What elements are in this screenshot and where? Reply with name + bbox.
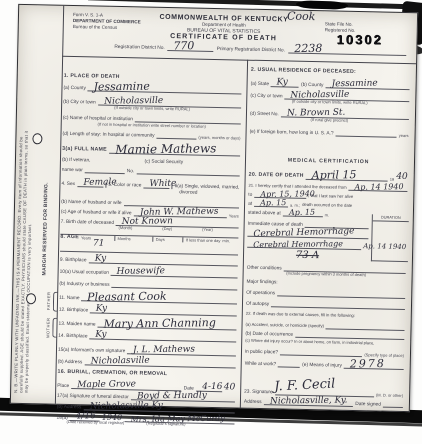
- margin-nb-note: N. B.—WRITE PLAINLY WITH UNFADING INK.—T…: [13, 125, 43, 393]
- duration-label: DURATION: [373, 214, 409, 222]
- means-of-injury-label: (e) Means of injury: [302, 363, 342, 369]
- veteran-label: (b) If veteran,: [62, 158, 91, 164]
- age-min-label: min.: [222, 238, 230, 243]
- corner-handwriting: Cook: [287, 10, 316, 22]
- informant-address-label: (b) Address: [58, 359, 83, 365]
- cause-value-1: Cerebral Hemorrhage: [253, 227, 354, 239]
- operations-label: Of operations: [246, 290, 275, 296]
- certificate-paper: MARGIN RESERVED FOR BINDING. N. B.—WRITE…: [10, 4, 418, 412]
- residence-state-value: Ky: [277, 78, 288, 87]
- stated-above-label: stated above at: [248, 210, 281, 216]
- occupation-label: 10(a) Usual occupation: [60, 270, 109, 276]
- spouse-years-label: Years: [229, 213, 239, 218]
- full-name-label: 3(a) FULL NAME: [62, 147, 107, 154]
- scanned-death-certificate: MARGIN RESERVED FOR BINDING. N. B.—WRITE…: [0, 0, 422, 444]
- sex-value: Female: [83, 178, 116, 187]
- age-label: 8. AGE: [60, 235, 79, 241]
- registered-number-stamp: 10302: [337, 32, 383, 47]
- mother-name-label: 13. Maiden name: [58, 322, 95, 328]
- left-column: 1. PLACE OF DEATH (a) County Jessamine (…: [57, 56, 244, 406]
- foreign-born-label: (e) If foreign born, how long in U. S. A…: [250, 129, 334, 136]
- primary-district-value: 2238: [294, 43, 322, 54]
- accident-label: (a) Accident, suicide, or homicide (spec…: [246, 323, 325, 329]
- medical-certification-heading: MEDICAL CERTIFICATION: [288, 159, 370, 166]
- age-less-label: If less than one day: [183, 237, 221, 243]
- while-at-work-label: While at work?: [245, 361, 277, 367]
- hospital-note: (If not in hospital or institution write…: [98, 122, 206, 129]
- primary-district-label: Primary Registration District No.: [217, 47, 285, 54]
- occurrence-date-label: (b) Date of occurrence: [245, 331, 293, 337]
- father-name-label: 11. Name: [59, 296, 80, 302]
- burial-date-year: 40: [224, 383, 236, 392]
- burial-heading: 16. BURIAL, CREMATION, OR REMOVAL: [57, 370, 167, 378]
- cause-value-2: Cerebral Hemorrhage: [253, 240, 343, 249]
- month-label: (Month): [119, 225, 133, 230]
- major-findings-label: Major findings:: [246, 280, 277, 286]
- father-birthplace-value: Ky: [96, 305, 107, 314]
- mother-name-value: Mary Ann Channing: [104, 317, 216, 330]
- industry-label: (b) Industry or business: [59, 282, 109, 288]
- residence-city-note: (If outside city or town limits, write R…: [292, 99, 368, 106]
- margin-binding-note: MARGIN RESERVED FOR BINDING.: [42, 65, 53, 275]
- birthplace-value: Ky: [95, 255, 106, 264]
- father-birthplace-label: 12. Birthplace: [59, 308, 88, 314]
- residence-county-label: (b) County: [301, 83, 324, 89]
- county-label: (a) County: [63, 86, 86, 92]
- birthplace-label: 9. Birthplace: [60, 258, 87, 264]
- social-security-label-2: No.: [127, 169, 135, 174]
- signature-note: (M. D. or other): [376, 392, 403, 398]
- mother-side-label: MOTHER: [45, 317, 50, 337]
- mother-birthplace-value: Ky: [96, 331, 107, 340]
- day-label: (Day): [162, 226, 172, 231]
- residence-state-label: (a) State: [251, 81, 270, 87]
- date-of-death-year: 40: [396, 173, 408, 182]
- date-signed-label: Date signed: [355, 402, 381, 408]
- other-conditions-note: (Include pregnancy within 3 months of de…: [286, 271, 366, 278]
- physician-address-value: Nicholasville, Ky.: [270, 396, 348, 406]
- injury-where-label: (c) Where did injury occur? In or about …: [245, 339, 374, 346]
- year-19-prefix: 19: [390, 177, 395, 182]
- means-of-injury-value: 2978: [350, 358, 386, 370]
- certify-to-label: to: [248, 192, 252, 197]
- certify-at-label: at: [248, 201, 252, 206]
- right-column: 2. USUAL RESIDENCE OF DECEASED: (a) Stat…: [244, 60, 412, 409]
- cause-code-value: 73 A: [296, 251, 319, 261]
- father-name-value: Pleasant Cook: [88, 291, 168, 303]
- mother-birthplace-label: 14. Birthplace: [58, 334, 87, 340]
- physician-address-label: Address: [244, 399, 262, 405]
- father-brace-icon: [53, 292, 58, 312]
- father-side-label: FATHER: [46, 292, 51, 311]
- director-address-value: Nicholasville Ky: [89, 402, 162, 412]
- duration-box: DURATION: [371, 214, 409, 262]
- marital-label-2: divorced: [179, 190, 197, 196]
- spouse-name-label: (b) Name of husband or wife: [61, 200, 122, 207]
- signature-label: 23. Signature: [244, 389, 273, 395]
- age-days-label: Days: [153, 237, 165, 242]
- informant-value: J. L. Mathews: [133, 346, 195, 356]
- county-value: Jessamine: [94, 81, 150, 93]
- date-of-death-value: April 15: [312, 169, 357, 181]
- last-saw-value: Ap. 15: [260, 199, 286, 207]
- autopsy-label: Of autopsy: [246, 301, 269, 307]
- reg-district-label: Registration District No.: [114, 45, 164, 51]
- full-name-value: Mamie Mathews: [115, 142, 216, 155]
- occupation-value: Housewife: [117, 267, 165, 277]
- mother-brace-icon: [52, 318, 57, 338]
- scan-artifact-top-blob: [296, 0, 348, 10]
- director-address-label: (b) Address: [57, 404, 82, 410]
- external-causes-heading: 22. If death was due to external causes,…: [246, 312, 355, 319]
- registrar-note: (Registrar's signature): [146, 421, 185, 427]
- length-of-stay-note: (years, months or days): [198, 135, 240, 141]
- burial-place-label: Place: [57, 383, 69, 389]
- informant-address-value: Nicholasville: [90, 357, 149, 367]
- received-note: (Date received by local registrar): [66, 419, 124, 425]
- immediate-cause-label: Immediate cause of death: [248, 221, 303, 227]
- residence-county-value: Jessamine: [331, 80, 377, 90]
- year-label: (Year): [202, 227, 213, 232]
- sex-label: 4. Sex: [61, 182, 75, 188]
- informant-label: 15(a) Informant's own signature: [58, 347, 125, 354]
- color-value: White: [149, 180, 176, 189]
- cause-duration-value: Ap. 14 1940: [363, 243, 406, 251]
- city-note: (If outside city or town limits, write R…: [114, 105, 190, 112]
- reg-district-value: 770: [174, 40, 195, 51]
- age-years-value: 71: [93, 239, 105, 248]
- m-label: m.: [325, 212, 330, 217]
- social-security-label: (c) Social Security: [144, 160, 183, 166]
- age-years-label: Years: [81, 235, 91, 240]
- length-of-stay-label: (d) Length of stay: In hospital or commu…: [62, 132, 154, 139]
- foreign-years-label: years: [399, 133, 409, 138]
- burial-place-value: Maple Grove: [77, 380, 136, 390]
- attended-from-value: Ap. 14 1940: [355, 183, 404, 192]
- injury-where-label-2: in public place?: [245, 349, 278, 355]
- age-months-label: Months: [114, 236, 130, 241]
- veteran-label-2: name war: [62, 168, 83, 174]
- stated-above-value: Ap. 15: [289, 209, 315, 217]
- funeral-director-label: 17(a) Signature of funeral director: [57, 393, 129, 400]
- date-of-death-label: 20. DATE OF DEATH: [249, 173, 304, 180]
- spouse-age-label: (c) Age of husband or wife if alive: [61, 210, 132, 217]
- street-note: (If rural give precinct): [311, 117, 349, 123]
- residence-heading: 2. USUAL RESIDENCE OF DECEASED:: [251, 68, 356, 76]
